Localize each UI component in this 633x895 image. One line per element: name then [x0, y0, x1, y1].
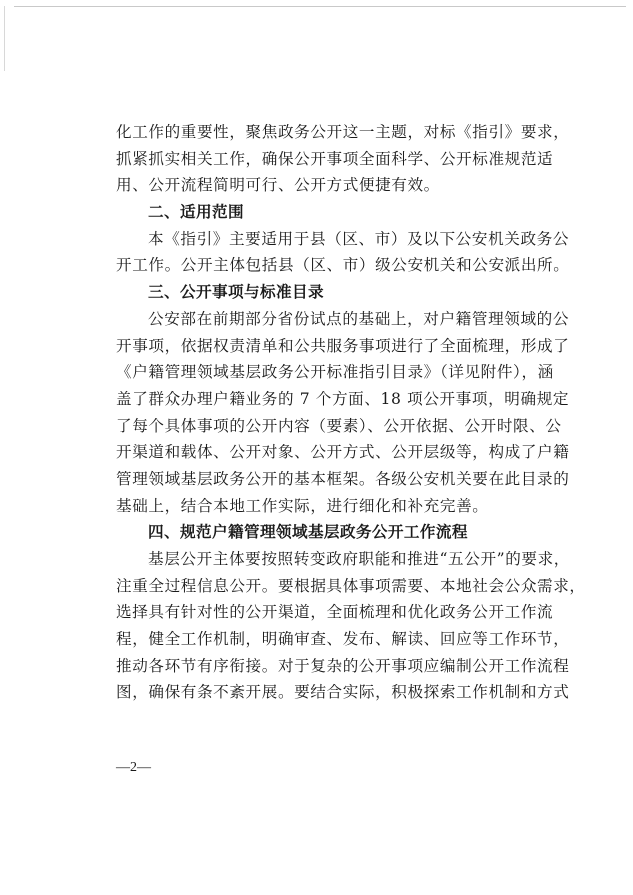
- scan-edge-left: [4, 6, 5, 71]
- text-line: 基础上，结合本地工作实际，进行细化和补充完善。: [116, 493, 548, 520]
- section-heading-workflow: 四、规范户籍管理领域基层政务公开工作流程: [116, 519, 548, 546]
- text-line: 图，确保有条不紊开展。要结合实际，积极探索工作机制和方式: [116, 679, 548, 706]
- text-line: 开事项，依据权责清单和公共服务事项进行了全面梳理，形成了: [116, 333, 548, 360]
- text-line: 程，健全工作机制，明确审查、发布、解读、回应等工作环节，: [116, 626, 548, 653]
- text-line: 公安部在前期部分省份试点的基础上，对户籍管理领域的公: [116, 306, 548, 333]
- paragraph-scope: 本《指引》主要适用于县（区、市）及以下公安机关政务公 开工作。公开主体包括县（区…: [116, 226, 548, 279]
- page-number: —2—: [116, 760, 151, 776]
- text-line: 《户籍管理领域基层政务公开标准指引目录》（详见附件），涵: [116, 359, 548, 386]
- text-line: 本《指引》主要适用于县（区、市）及以下公安机关政务公: [116, 226, 548, 253]
- paragraph-intro-continuation: 化工作的重要性，聚焦政务公开这一主题，对标《指引》要求， 抓紧抓实相关工作，确保…: [116, 119, 548, 199]
- text-line: 开渠道和载体、公开对象、公开方式、公开层级等，构成了户籍: [116, 439, 548, 466]
- text-line: 基层公开主体要按照转变政府职能和推进“五公开”的要求，: [116, 546, 548, 573]
- section-heading-catalog: 三、公开事项与标准目录: [116, 279, 548, 306]
- text-line: 推动各环节有序衔接。对于复杂的公开事项应编制公开工作流程: [116, 653, 548, 680]
- text-line: 用、公开流程简明可行、公开方式便捷有效。: [116, 172, 548, 199]
- paragraph-workflow: 基层公开主体要按照转变政府职能和推进“五公开”的要求， 注重全过程信息公开。要根…: [116, 546, 548, 706]
- text-line: 化工作的重要性，聚焦政务公开这一主题，对标《指引》要求，: [116, 119, 548, 146]
- text-line: 选择具有针对性的公开渠道，全面梳理和优化政务公开工作流: [116, 599, 548, 626]
- document-page: 化工作的重要性，聚焦政务公开这一主题，对标《指引》要求， 抓紧抓实相关工作，确保…: [116, 119, 548, 706]
- text-line: 开工作。公开主体包括县（区、市）级公安机关和公安派出所。: [116, 252, 548, 279]
- text-line: 了每个具体事项的公开内容（要素）、公开依据、公开时限、公: [116, 413, 548, 440]
- text-line: 抓紧抓实相关工作，确保公开事项全面科学、公开标准规范适: [116, 146, 548, 173]
- section-heading-scope: 二、适用范围: [116, 199, 548, 226]
- text-line: 盖了群众办理户籍业务的 7 个方面、18 项公开事项，明确规定: [116, 386, 548, 413]
- text-line: 注重全过程信息公开。要根据具体事项需要、本地社会公众需求，: [116, 573, 548, 600]
- scan-edge-top: [14, 6, 626, 7]
- text-line: 管理领域基层政务公开的基本框架。各级公安机关要在此目录的: [116, 466, 548, 493]
- paragraph-catalog: 公安部在前期部分省份试点的基础上，对户籍管理领域的公 开事项，依据权责清单和公共…: [116, 306, 548, 520]
